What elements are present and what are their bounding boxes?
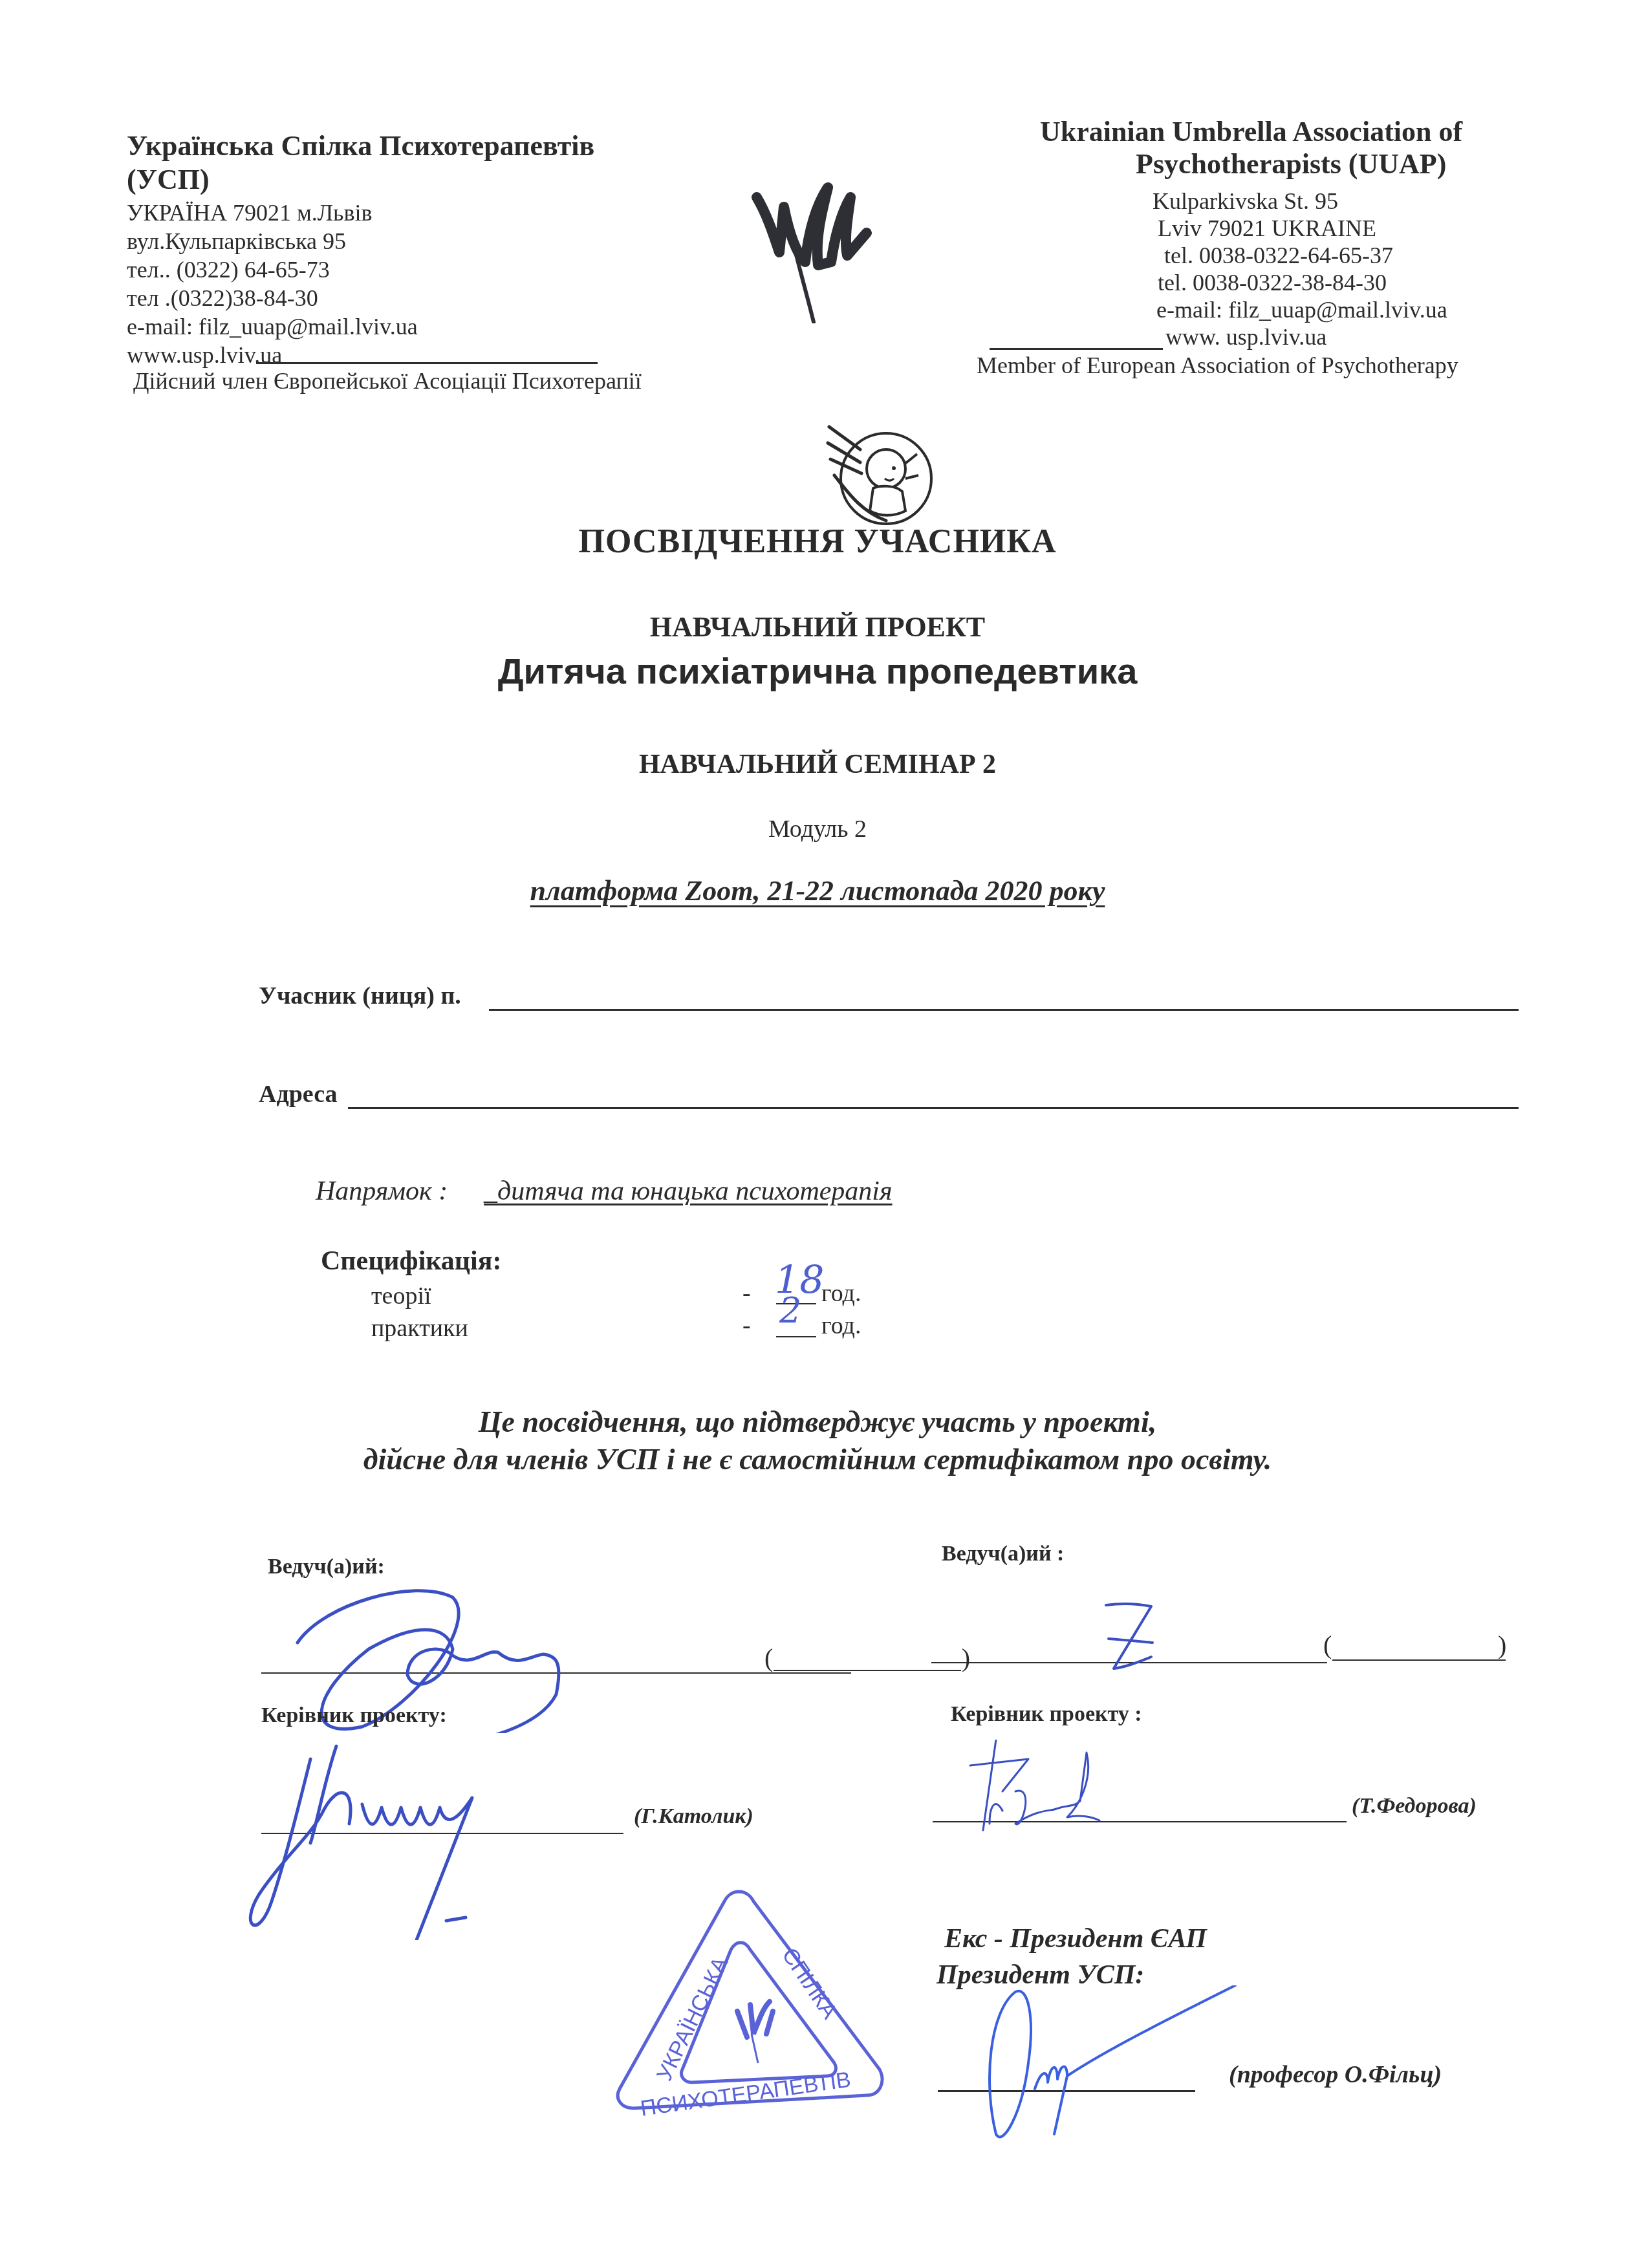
- left-host-label: Ведуч(а)ий:: [268, 1555, 385, 1579]
- participant-label: Учасник (ниця) п.: [259, 982, 461, 1010]
- phone-ua-line: тел .(0322)38-84-30: [127, 285, 318, 312]
- spec-row-underline: [776, 1336, 816, 1337]
- president-signature: [977, 1985, 1287, 2141]
- address-ua-line: УКРАЇНА 79021 м.Львів: [127, 199, 373, 226]
- website-en-link[interactable]: www. usp.lviv.ua: [1165, 323, 1326, 351]
- spec-row-dash: -: [742, 1279, 751, 1308]
- platform-date: платформа Zoom, 21-22 листопада 2020 рок…: [0, 874, 1635, 907]
- website-ua-link[interactable]: www.usp.lviv.ua: [127, 341, 282, 369]
- header-right-rule: [990, 348, 1163, 350]
- stamp-text-left: УКРАЇНСЬКА: [652, 1953, 733, 2085]
- address-label: Адреса: [259, 1080, 337, 1108]
- seminar-title: НАВЧАЛЬНИЙ СЕМІНАР 2: [0, 749, 1635, 780]
- spec-row-name: практики: [371, 1314, 468, 1343]
- org-name-ua-line2: (УСП): [127, 163, 594, 197]
- certificate-title: ПОСВІДЧЕННЯ УЧАСНИКА: [0, 523, 1635, 561]
- membership-en: Member of European Association of Psycho…: [977, 352, 1458, 379]
- right-host-paren-open: (: [1323, 1630, 1332, 1660]
- address-field[interactable]: [348, 1107, 1519, 1109]
- phone-en-line: tel. 0038-0322-64-65-37: [1164, 242, 1393, 269]
- right-host-signature: [1099, 1597, 1164, 1675]
- stamp-logo-icon: [737, 2002, 773, 2037]
- right-manager-name: (Т.Федорова): [1352, 1794, 1477, 1819]
- org-name-en-line1: Ukrainian Umbrella Association of: [1040, 115, 1462, 149]
- spec-row-unit: год.: [821, 1279, 861, 1308]
- email-ua-line: e-mail: filz_uuap@mail.lviv.ua: [127, 313, 418, 340]
- org-name-ua: Українська Спілка Психотерапевтів (УСП): [127, 129, 594, 197]
- right-host-label: Ведуч(а)ий :: [942, 1542, 1064, 1566]
- participant-field[interactable]: [489, 1009, 1519, 1011]
- platform-date-text: платформа Zoom, 21-22 листопада 2020 рок…: [530, 875, 1105, 907]
- right-host-paren-close: ): [1498, 1630, 1506, 1660]
- phone-en-line: tel. 0038-0322-38-84-30: [1158, 269, 1387, 296]
- project-name: Дитяча психіатрична пропедевтика: [0, 650, 1635, 692]
- module-label: Модуль 2: [0, 815, 1635, 843]
- organization-stamp: УКРАЇНСЬКА СПІЛКА ПСИХОТЕРАПЕВТІВ: [608, 1875, 893, 2121]
- org-name-en-line2: Psychotherapists (UUAP): [1136, 147, 1446, 181]
- president-title-line1: Екс - Президент ЄАП: [944, 1923, 1207, 1954]
- child-with-wing-emblem-icon: [821, 414, 938, 530]
- spec-row-name: теорії: [371, 1282, 431, 1310]
- direction-label: Напрямок :: [316, 1176, 448, 1207]
- spec-row-dash: -: [742, 1312, 751, 1340]
- left-host-paren-open: (: [764, 1643, 773, 1673]
- right-manager-signature: [951, 1740, 1145, 1837]
- project-label: НАВЧАЛЬНИЙ ПРОЕКТ: [0, 610, 1635, 643]
- notice-line1: Це посвідчення, що підтверджує участь у …: [0, 1405, 1635, 1439]
- right-host-name-line: [1332, 1659, 1506, 1661]
- specification-label: Специфікація:: [321, 1246, 501, 1277]
- membership-ua: Дійсний член Європейської Асоціації Псих…: [133, 367, 642, 394]
- left-host-paren-close: ): [776, 1643, 970, 1673]
- left-manager-signature: [246, 1733, 569, 1940]
- address-en-line: Lviv 79021 UKRAINE: [1158, 215, 1376, 242]
- phone-ua-line: тел.. (0322) 64-65-73: [127, 256, 330, 283]
- usp-logo-icon: [744, 162, 886, 323]
- org-name-ua-line1: Українська Спілка Психотерапевтів: [127, 129, 594, 163]
- stamp-text-right: СПІЛКА: [777, 1943, 842, 2024]
- email-en-line: e-mail: filz_uuap@mail.lviv.ua: [1156, 296, 1447, 323]
- spec-row-unit: год.: [821, 1312, 861, 1340]
- address-ua-line: вул.Кульпарківська 95: [127, 228, 346, 255]
- address-en-line: Kulparkivska St. 95: [1153, 188, 1338, 215]
- direction-value: _дитяча та юнацька психотерапія: [484, 1176, 893, 1207]
- right-manager-label: Керівник проекту :: [951, 1702, 1142, 1727]
- spec-row-hours: 2: [779, 1290, 801, 1331]
- left-manager-label: Керівник проекту:: [261, 1703, 447, 1728]
- notice-line2: дійсне для членів УСП і не є самостійним…: [0, 1442, 1635, 1476]
- header-left-rule: [256, 362, 598, 364]
- left-manager-name: (Г.Католик): [634, 1804, 753, 1829]
